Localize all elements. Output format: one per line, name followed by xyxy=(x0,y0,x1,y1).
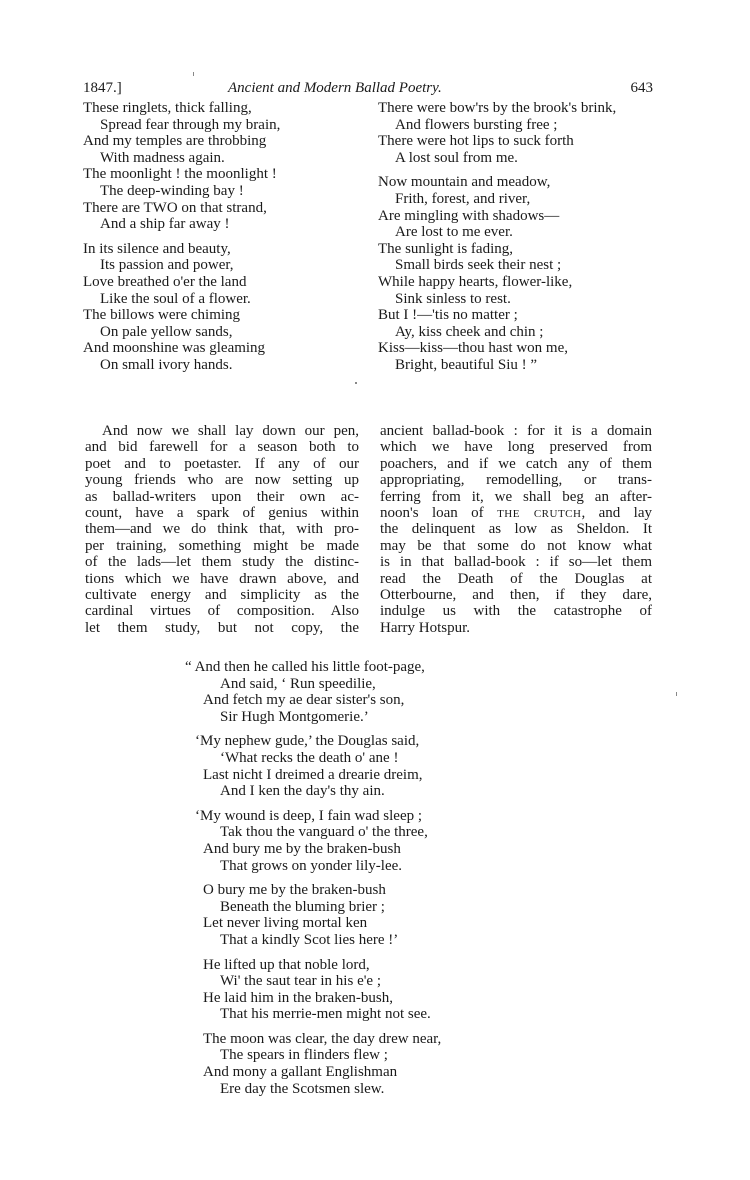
verse-line: Sir Hugh Montgomerie.’ xyxy=(188,709,441,726)
verse-line: That a kindly Scot lies here !’ xyxy=(188,932,441,949)
scan-speck xyxy=(355,382,357,384)
verse-line: And I ken the day's thy ain. xyxy=(188,783,441,800)
verse-line: Are mingling with shadows— xyxy=(378,208,616,225)
prose-line: let them study, but not copy, the xyxy=(85,620,359,636)
verse-line: The moon was clear, the day drew near, xyxy=(188,1031,441,1048)
verse-line: But I !—'tis no matter ; xyxy=(378,307,616,324)
stanza: ‘My nephew gude,’ the Douglas said,‘What… xyxy=(188,733,441,799)
prose-line: count, have a spark of genius within xyxy=(85,505,359,521)
prose-line: young friends who are now setting up xyxy=(85,472,359,488)
verse-line: Frith, forest, and river, xyxy=(378,191,616,208)
poem-right-column: There were bow'rs by the brook's brink,A… xyxy=(378,100,616,382)
verse-line: Are lost to me ever. xyxy=(378,224,616,241)
ballad-quotation: “ And then he called his little foot-pag… xyxy=(188,659,441,1105)
verse-line: Love breathed o'er the land xyxy=(83,274,280,291)
verse-line: Sink sinless to rest. xyxy=(378,291,616,308)
verse-line: And mony a gallant Englishman xyxy=(188,1064,441,1081)
verse-line: The billows were chiming xyxy=(83,307,280,324)
verse-line: Beneath the bluming brier ; xyxy=(188,899,441,916)
prose-line: of the lads—let them study the distinc- xyxy=(85,554,359,570)
crutch-before: noon's loan of xyxy=(380,505,497,521)
verse-line: Tak thou the vanguard o' the three, xyxy=(188,824,441,841)
stanza: O bury me by the braken-bushBeneath the … xyxy=(188,882,441,948)
prose-line: And now we shall lay down our pen, xyxy=(85,423,359,439)
verse-line: There were hot lips to suck forth xyxy=(378,133,616,150)
stanza: In its silence and beauty,Its passion an… xyxy=(83,241,280,374)
verse-line: Now mountain and meadow, xyxy=(378,174,616,191)
stanza: Now mountain and meadow,Frith, forest, a… xyxy=(378,174,616,373)
verse-line: Last nicht I dreimed a drearie dreim, xyxy=(188,767,441,784)
verse-line: And moonshine was gleaming xyxy=(83,340,280,357)
verse-line: And said, ‘ Run speedilie, xyxy=(188,676,441,693)
prose-line: poet and to poetaster. If any of our xyxy=(85,456,359,472)
prose-line: ferring from it, we shall beg an after- xyxy=(380,489,652,505)
verse-line: Small birds seek their nest ; xyxy=(378,257,616,274)
running-title: Ancient and Modern Ballad Poetry. xyxy=(228,79,442,97)
page-number: 643 xyxy=(631,79,654,97)
prose-left-column: And now we shall lay down our pen,and bi… xyxy=(85,423,359,636)
verse-line: He laid him in the braken-bush, xyxy=(188,990,441,1007)
verse-line: The spears in flinders flew ; xyxy=(188,1047,441,1064)
verse-line: While happy hearts, flower-like, xyxy=(378,274,616,291)
verse-line: “ And then he called his little foot-pag… xyxy=(185,659,441,676)
verse-line: ‘My wound is deep, I fain wad sleep ; xyxy=(185,808,441,825)
verse-line: Let never living mortal ken xyxy=(188,915,441,932)
verse-line: Ere day the Scotsmen slew. xyxy=(188,1081,441,1098)
stanza: He lifted up that noble lord,Wi' the sau… xyxy=(188,957,441,1023)
verse-line: And fetch my ae dear sister's son, xyxy=(188,692,441,709)
verse-line: Bright, beautiful Siu ! ” xyxy=(378,357,616,374)
prose-line: per training, something might be made xyxy=(85,538,359,554)
poem-left-column: These ringlets, thick falling,Spread fea… xyxy=(83,100,280,382)
verse-line: And bury me by the braken-bush xyxy=(188,841,441,858)
verse-line: Wi' the saut tear in his e'e ; xyxy=(188,973,441,990)
stanza: There were bow'rs by the brook's brink,A… xyxy=(378,100,616,166)
prose-line: them—and we do think that, with pro- xyxy=(85,521,359,537)
prose-line: cardinal virtues of composition. Also xyxy=(85,603,359,619)
verse-line: Kiss—kiss—thou hast won me, xyxy=(378,340,616,357)
prose-line: read the Death of the Douglas at xyxy=(380,571,652,587)
verse-line: ‘My nephew gude,’ the Douglas said, xyxy=(185,733,441,750)
verse-line: And my temples are throbbing xyxy=(83,133,280,150)
prose-line: may be that some do not know what xyxy=(380,538,652,554)
verse-line: Like the soul of a flower. xyxy=(83,291,280,308)
prose-line: ancient ballad-book : for it is a domain xyxy=(380,423,652,439)
verse-line: The moonlight ! the moonlight ! xyxy=(83,166,280,183)
verse-line: Its passion and power, xyxy=(83,257,280,274)
prose-line: and bid farewell for a season both to xyxy=(85,439,359,455)
verse-line: O bury me by the braken-bush xyxy=(188,882,441,899)
prose-line: indulge us with the catastrophe of xyxy=(380,603,652,619)
crutch-smallcaps: the crutch xyxy=(497,505,581,521)
verse-line: That grows on yonder lily-lee. xyxy=(188,858,441,875)
verse-line: There were bow'rs by the brook's brink, xyxy=(378,100,616,117)
prose-line: is in that ballad-book : if so—let them xyxy=(380,554,652,570)
prose-line: which we have long preserved from xyxy=(380,439,652,455)
verse-line: The deep-winding bay ! xyxy=(83,183,280,200)
stanza: ‘My wound is deep, I fain wad sleep ;Tak… xyxy=(188,808,441,874)
prose-line-crutch: noon's loan of the crutch, and lay xyxy=(380,505,652,521)
verse-line: With madness again. xyxy=(83,150,280,167)
verse-line: These ringlets, thick falling, xyxy=(83,100,280,117)
prose-line: Harry Hotspur. xyxy=(380,620,652,636)
header-year: 1847.] xyxy=(83,79,122,97)
prose-line: as ballad-writers upon their own ac- xyxy=(85,489,359,505)
verse-line: He lifted up that noble lord, xyxy=(188,957,441,974)
stanza: The moon was clear, the day drew near,Th… xyxy=(188,1031,441,1097)
verse-line: ‘What recks the death o' ane ! xyxy=(188,750,441,767)
running-header: 1847.] Ancient and Modern Ballad Poetry.… xyxy=(83,79,653,97)
verse-line: The sunlight is fading, xyxy=(378,241,616,258)
prose-line: appropriating, remodelling, or trans- xyxy=(380,472,652,488)
verse-line: That his merrie-men might not see. xyxy=(188,1006,441,1023)
verse-line: There are TWO on that strand, xyxy=(83,200,280,217)
crutch-after: , and lay xyxy=(581,505,652,521)
stanza: “ And then he called his little foot-pag… xyxy=(188,659,441,725)
verse-line: A lost soul from me. xyxy=(378,150,616,167)
verse-line: On pale yellow sands, xyxy=(83,324,280,341)
prose-line: Otterbourne, and then, if they dare, xyxy=(380,587,652,603)
verse-line: And flowers bursting free ; xyxy=(378,117,616,134)
verse-line: And a ship far away ! xyxy=(83,216,280,233)
prose-line: the delinquent as low as Sheldon. It xyxy=(380,521,652,537)
verse-line: In its silence and beauty, xyxy=(83,241,280,258)
verse-line: Ay, kiss cheek and chin ; xyxy=(378,324,616,341)
prose-line: tions which we have drawn above, and xyxy=(85,571,359,587)
prose-line: cultivate energy and simplicity as the xyxy=(85,587,359,603)
prose-line: poachers, and if we catch any of them xyxy=(380,456,652,472)
prose-right-column: ancient ballad-book : for it is a domain… xyxy=(380,423,652,636)
scan-speck xyxy=(193,72,194,76)
verse-line: Spread fear through my brain, xyxy=(83,117,280,134)
verse-line: On small ivory hands. xyxy=(83,357,280,374)
stanza: These ringlets, thick falling,Spread fea… xyxy=(83,100,280,233)
scan-speck xyxy=(676,692,677,696)
